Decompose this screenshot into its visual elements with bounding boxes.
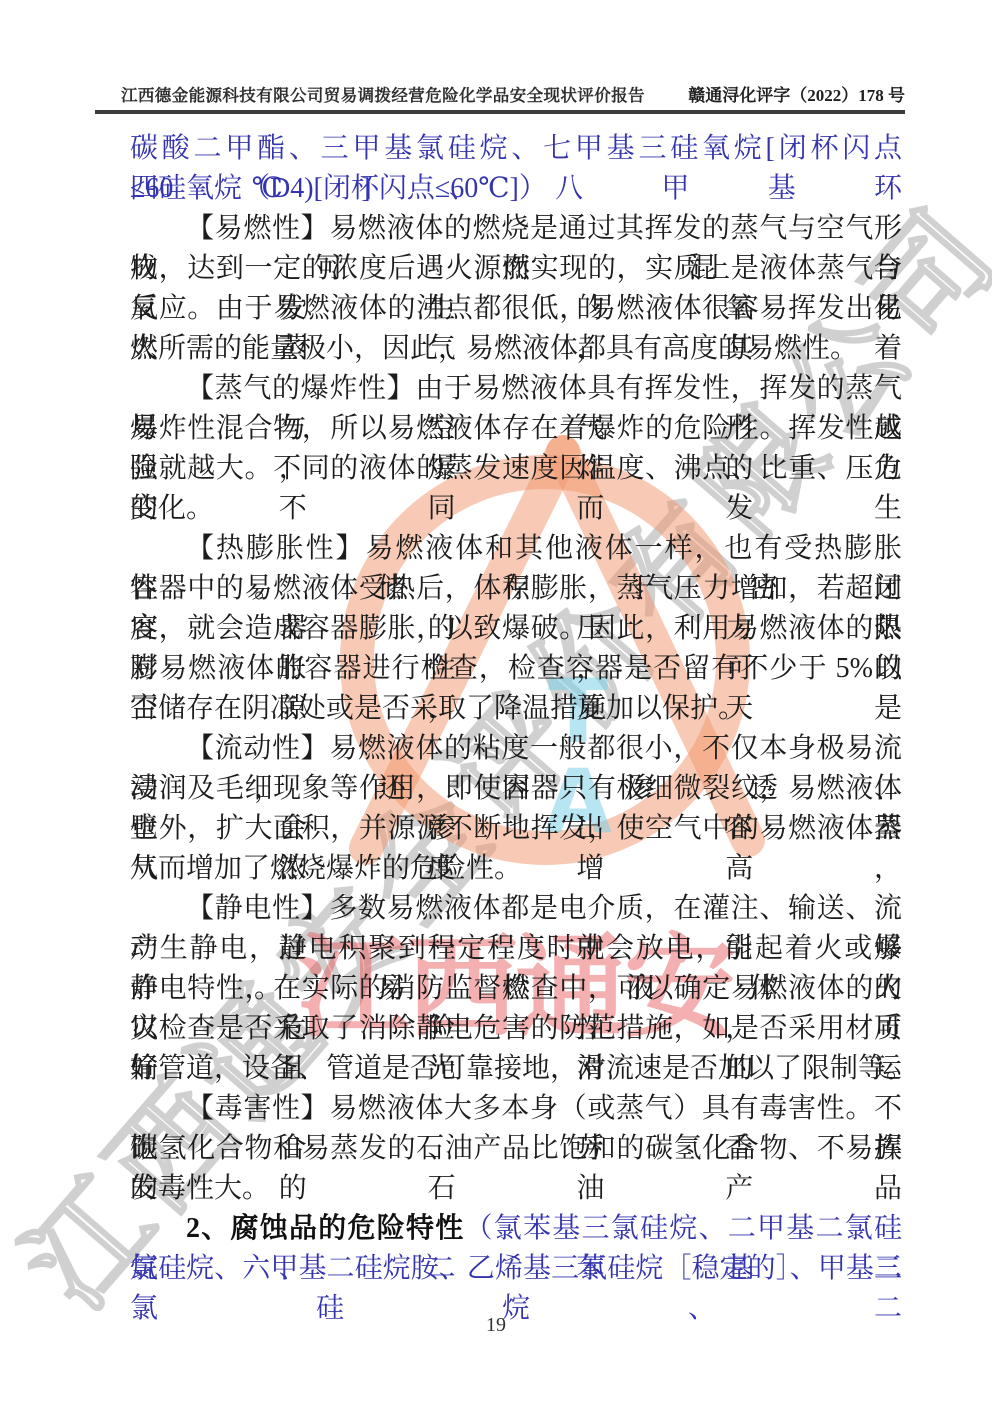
text-line: 反应。由于易燃液体的沸点都很低，易燃液体很容易挥发出易燃蒸气，其着	[130, 289, 902, 329]
body-text: 碳酸二甲酯、三甲基氯硅烷、七甲基三硅氧烷[闭杯闪点≤60℃]、八甲基环四硅氧烷（…	[130, 129, 902, 1289]
page-number: 19	[0, 1314, 992, 1337]
text-line: 度，就会造成容器膨胀，以致爆破。因此，利用易燃液体的热膨胀性，可以	[130, 609, 902, 649]
document-page: 江西通安全评价有限公司 T A 江西通安 江西德金能源科技有限公司贸易调拨经营危…	[0, 0, 992, 1403]
text-line: 容器中的易燃液体受热后，体积膨胀，蒸气压力增加，若超过容器的压力限	[130, 569, 902, 609]
text-line: 【热膨胀性】易燃液体和其他液体一样，也有受热膨胀性。储存于密闭	[130, 529, 902, 569]
text-line: 碳氢化合物和易蒸发的石油产品比饱和的碳氢化合物、不易挥发的石油产品	[130, 1129, 902, 1169]
text-line: 壁外，扩大面积，并源源不断地挥发，使空气中的易燃液体蒸气浓度增高，	[130, 809, 902, 849]
text-line: 【毒害性】易燃液体大多本身（或蒸气）具有毒害性。不饱合、芳香族	[130, 1089, 902, 1129]
header-document-number: 赣通浔化评字（2022）178 号	[688, 81, 905, 106]
header-rule	[95, 110, 905, 114]
text-line: 产生静电，静电积聚到一定程度时就会放电，引起着火或爆炸。易燃液体的	[130, 929, 902, 969]
text-line: 碳酸二甲酯、三甲基氯硅烷、七甲基三硅氧烷[闭杯闪点≤60℃]、八甲基环	[130, 129, 902, 169]
page-content: 江西德金能源科技有限公司贸易调拨经营危险化学品安全现状评价报告 赣通浔化评字（2…	[0, 0, 992, 1403]
text-line: 氯硅烷、六甲基二硅烷胺、乙烯基三氯硅烷［稳定的］、甲基三氯硅烷、二	[130, 1249, 902, 1289]
text-line: 【静电性】多数易燃液体都是电介质，在灌注、输送、流动过程中能够	[130, 889, 902, 929]
text-line: 火所需的能量极小，因此，易燃液体都具有高度的易燃性。	[130, 329, 902, 369]
text-line: 【流动性】易燃液体的粘度一般都很小，不仅本身极易流动，还因渗透、	[130, 729, 902, 769]
text-line: 险就越大。不同的液体的蒸发速度因温度、沸点、比重、压力的不同而发生	[130, 449, 902, 489]
text-line: 爆炸性混合物，所以易燃液体存在着爆炸的危险性。挥发性越强，爆炸的危	[130, 409, 902, 449]
text-line: 物，达到一定的浓度后遇火源而实现的，实质上是液体蒸气与氧发生的氧化	[130, 249, 902, 289]
text-line: 以检查是否采取了消除静电危害的防范措施，如是否采用材质好且光滑的运	[130, 1009, 902, 1049]
text-line: 【易燃性】易燃液体的燃烧是通过其挥发的蒸气与空气形成可燃混合	[130, 209, 902, 249]
text-line: 浸润及毛细现象等作用，即使容器只有极细微裂纹，易燃液体也会渗出容器	[130, 769, 902, 809]
text-line: 【蒸气的爆炸性】由于易燃液体具有挥发性，挥发的蒸气易与空气形成	[130, 369, 902, 409]
header-report-title: 江西德金能源科技有限公司贸易调拨经营危险化学品安全现状评价报告	[121, 82, 645, 106]
text-line: 对易燃液体的容器进行检查，检查容器是否留有不少于 5%的空隙，夏天是	[130, 649, 902, 689]
text-line: 输管道，设备、管道是否可靠接地，对流速是否加以了限制等。	[130, 1049, 902, 1089]
text-line: 静电特性，在实际的消防监督检查中，可以确定易燃液体的火灾危险性，可	[130, 969, 902, 1009]
text-segment: 2、腐蚀品的危险特性	[186, 1213, 465, 1244]
text-line: 2、腐蚀品的危险特性（氯苯基三氯硅烷、二甲基二氯硅烷、二苯基二	[130, 1209, 902, 1249]
